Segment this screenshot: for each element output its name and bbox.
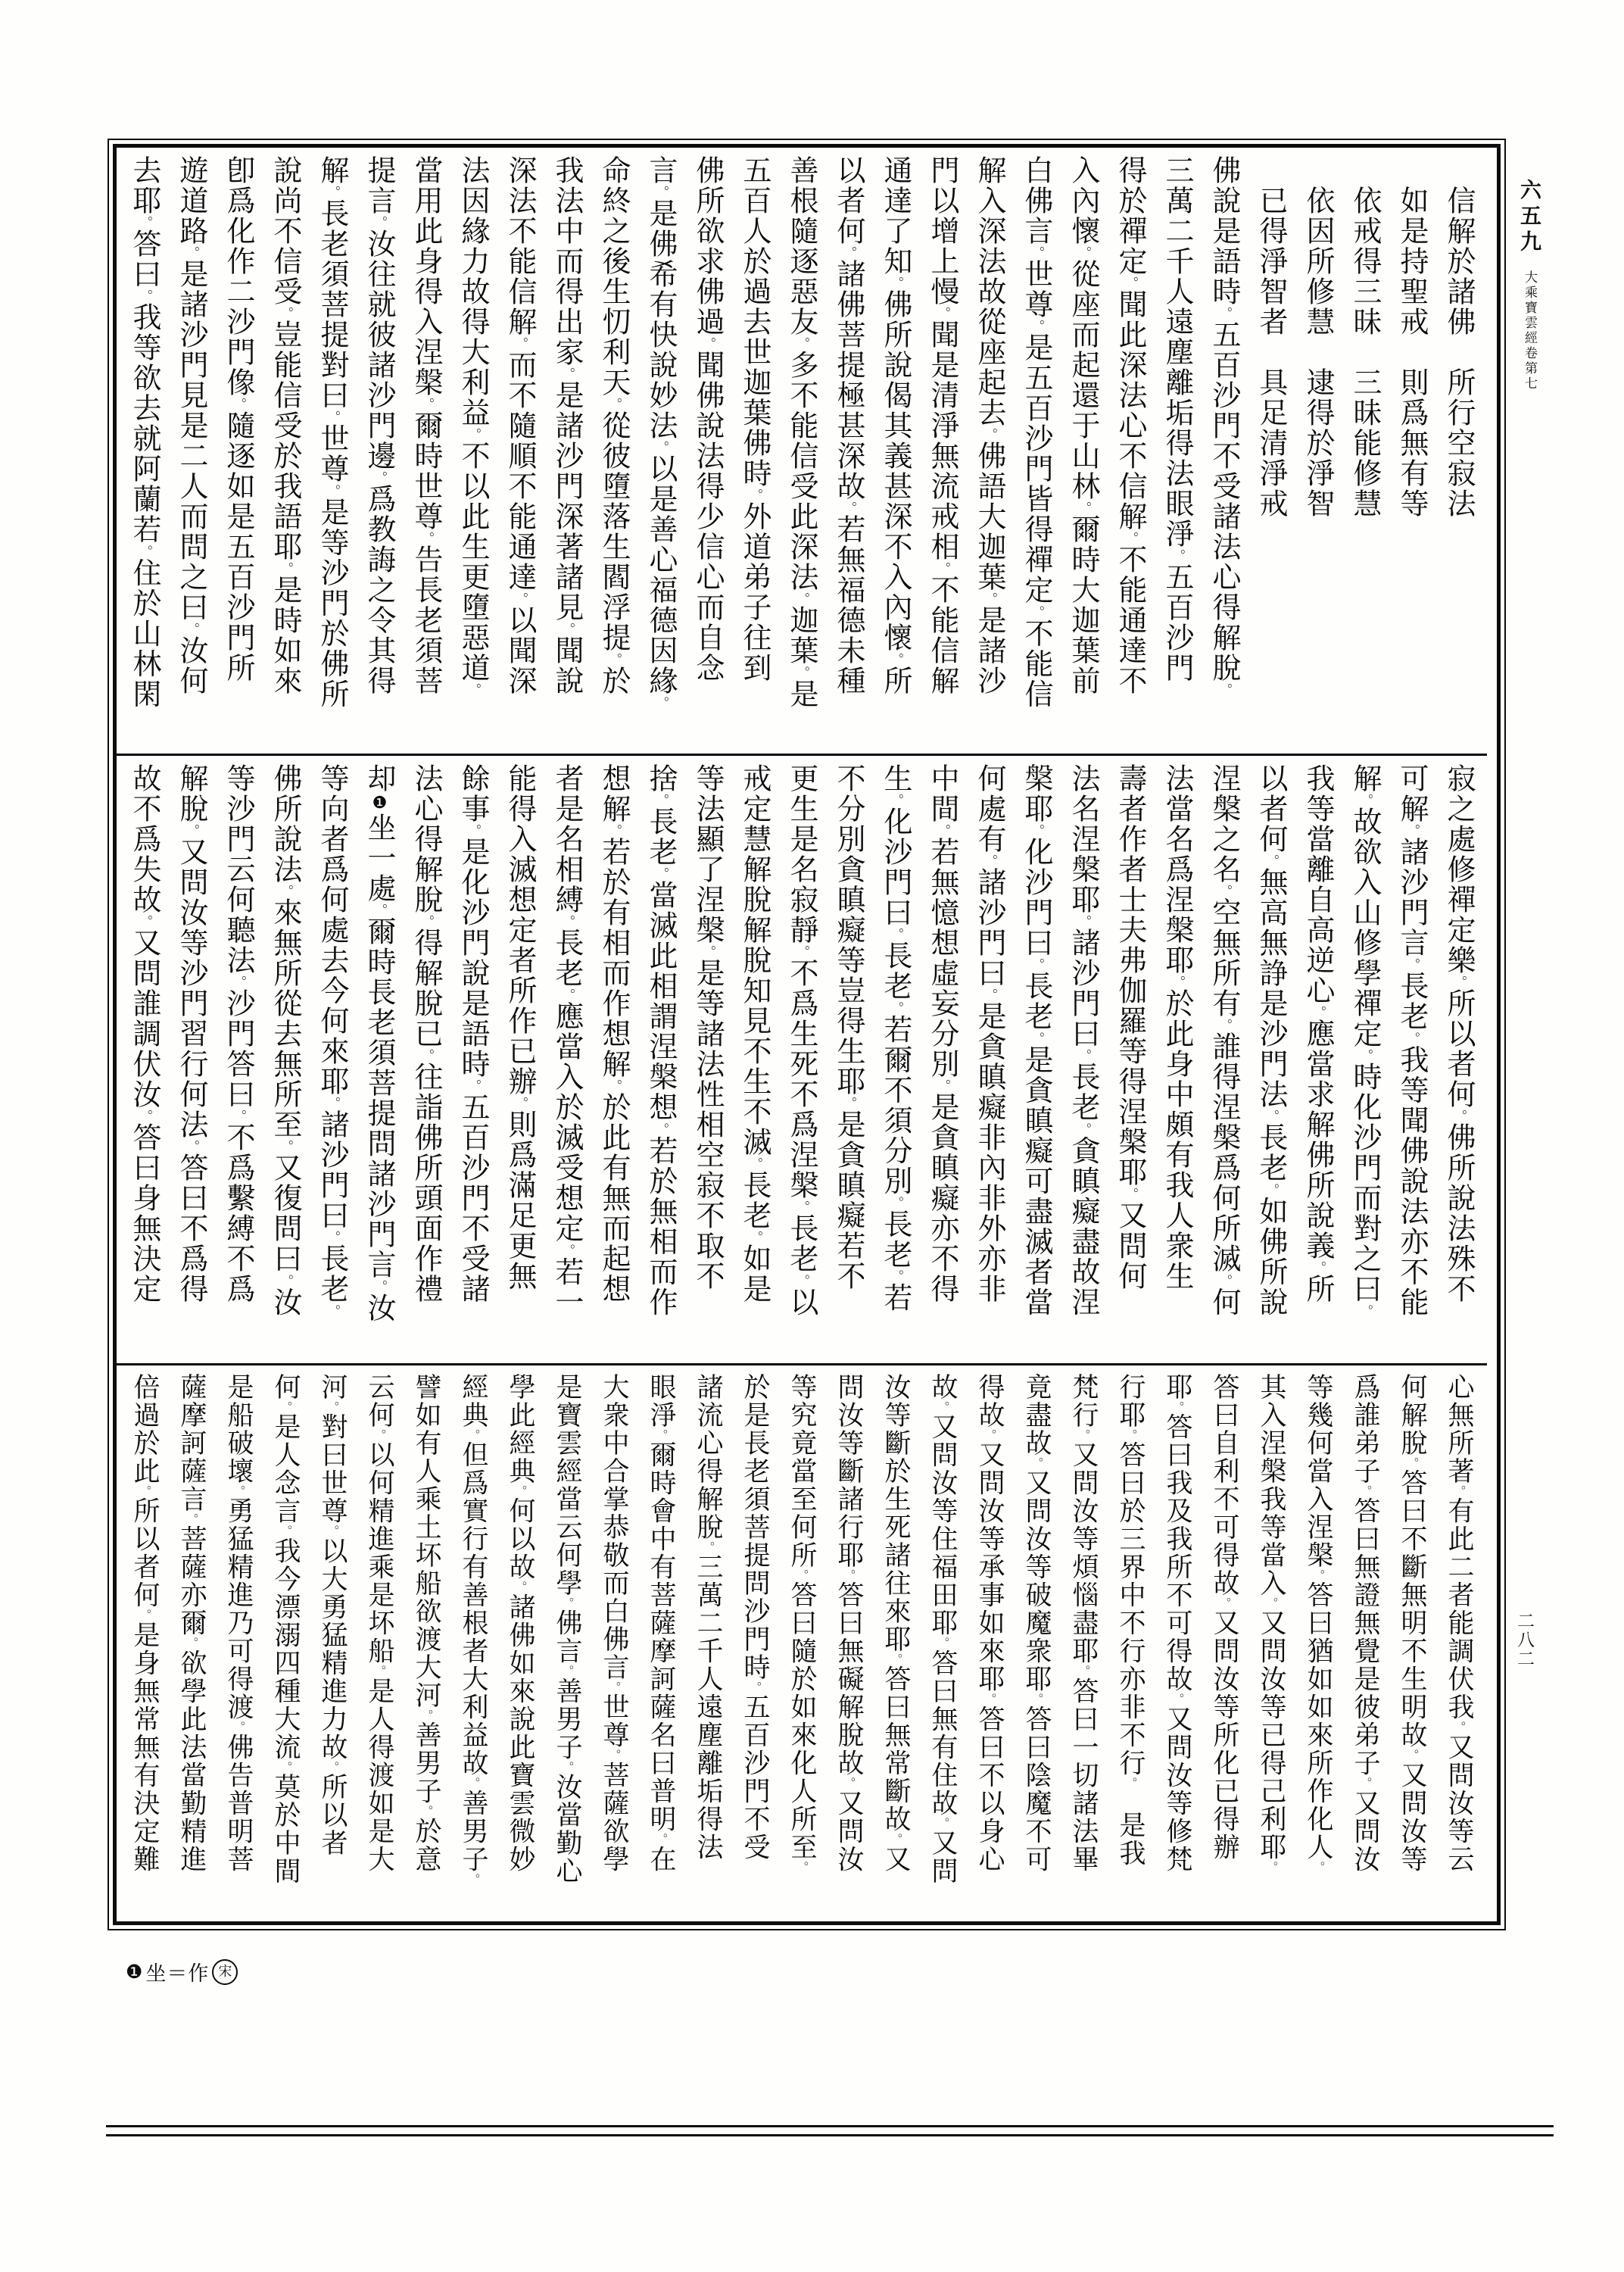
register-middle: 寂之處修禪定樂。所以者何。佛所說法殊不 可解。諸沙門言。長老。我等聞佛說法亦不能… (115, 763, 1487, 1357)
bottom-rule-lower (106, 2134, 1554, 2136)
register-bottom: 心無所著。有此二者能調伏我。又問汝等云 何解脫。答曰不斷無明不生明故。又問汝等 … (115, 1373, 1487, 1908)
register-divider-2 (115, 1363, 1487, 1365)
folio-page-number: 二八二 (1510, 1612, 1537, 1668)
footnote-apparatus: ❶ 坐＝作 宋 (126, 1957, 238, 1986)
register-middle-text: 寂之處修禪定樂。所以者何。佛所說法殊不 可解。諸沙門言。長老。我等聞佛說法亦不能… (115, 763, 1487, 1357)
page-header: 六五九 大乘寶雲經卷第七 (1510, 179, 1545, 1012)
footnote-marker-icon: ❶ (126, 1961, 142, 1983)
register-top: 信解於諸佛 所行空寂法 如是持聖戒 則爲無有等 依戒得三昧 三昧能修慧 依因所修… (115, 155, 1487, 747)
register-divider-1 (115, 754, 1487, 756)
footnote-text: 坐＝作 (145, 1957, 209, 1986)
fascicle-title: 大乘寶雲經卷第七 (1522, 270, 1537, 392)
scanned-sutra-page: 六五九 大乘寶雲經卷第七 信解於諸佛 所行空寂法 如是持聖戒 則爲無有等 依戒得… (0, 0, 1624, 2272)
register-top-text: 信解於諸佛 所行空寂法 如是持聖戒 則爲無有等 依戒得三昧 三昧能修慧 依因所修… (115, 155, 1487, 747)
bottom-rule-upper (106, 2125, 1554, 2127)
register-bottom-text: 心無所著。有此二者能調伏我。又問汝等云 何解脫。答曰不斷無明不生明故。又問汝等 … (115, 1373, 1487, 1908)
footnote-siglum: 宋 (212, 1959, 238, 1985)
sutra-number: 六五九 (1517, 179, 1542, 256)
